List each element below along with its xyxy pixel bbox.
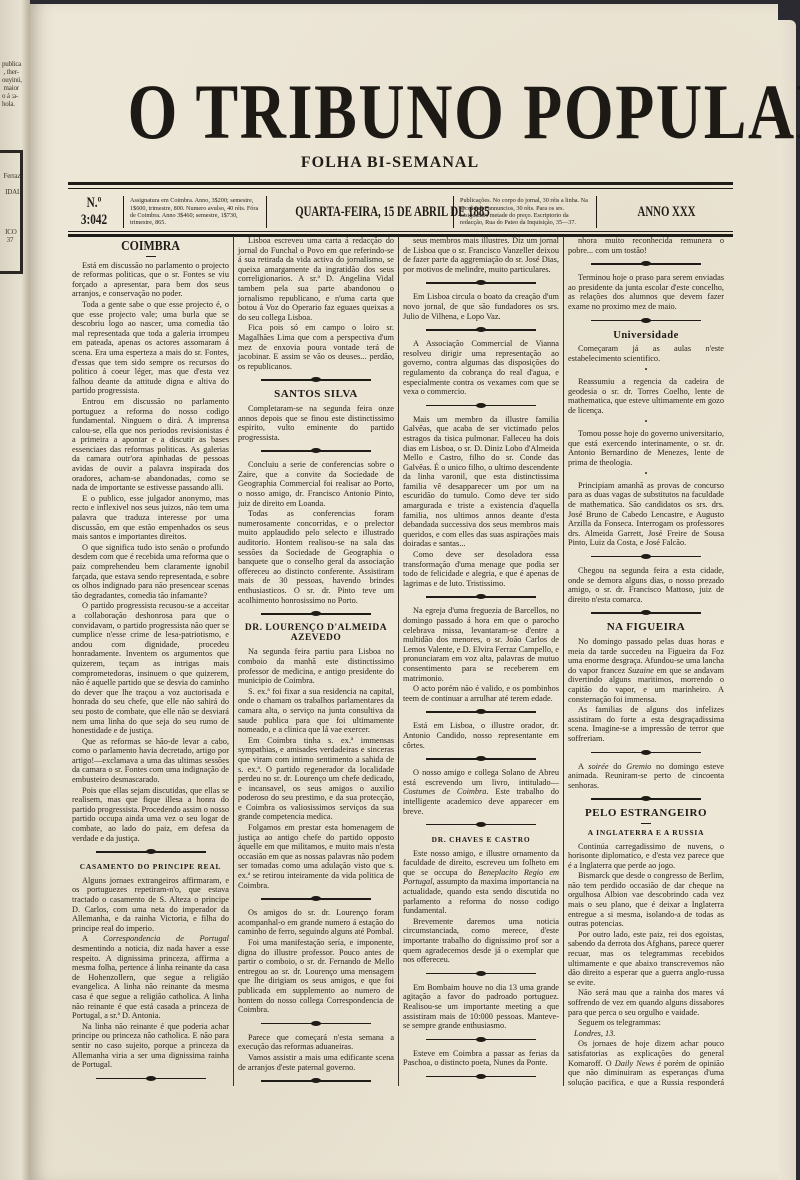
column-2: Lisboa escreveu uma carta á redacção do …: [233, 236, 398, 1086]
volume-year: ANNO XXX: [619, 204, 715, 221]
article-paragraph: Começaram já as aulas n'este estabelecim…: [568, 344, 724, 363]
article-paragraph: Mais um membro da illustre familia Galvê…: [403, 415, 559, 549]
newspaper-title: O TRIBUNO POPULAR: [128, 72, 653, 152]
ornamental-rule: [261, 376, 371, 384]
publication-name: Correspondencia de Portugal: [103, 934, 229, 943]
ornamental-rule: [591, 795, 701, 803]
article-paragraph: O nosso amigo e collega Solano de Abreu …: [403, 768, 559, 816]
adjacent-page-advert-box: [0, 150, 23, 274]
issue-number: N.º 3:042: [75, 195, 114, 229]
article-paragraph: A Associação Commercial de Vianna resolv…: [403, 339, 559, 397]
column-3: seus membros mais illustres. Diz um jorn…: [398, 236, 563, 1086]
article-paragraph: O que significa tudo isto senão o profun…: [72, 543, 229, 601]
masthead-rule-top-thin: [68, 188, 733, 189]
ornamental-rule: [96, 1075, 206, 1083]
article-paragraph: Na linha não reinante é que poderia acha…: [72, 1022, 229, 1070]
ornamental-rule: [261, 610, 371, 618]
article-paragraph: nhora muito reconhecida remunera o pobre…: [568, 236, 724, 255]
article-paragraph: Em Lisboa circula o boato da creação d'u…: [403, 292, 559, 321]
article-paragraph: Em Coimbra tinha s. ex.ª immensas sympat…: [238, 736, 394, 822]
ornamental-rule: [426, 326, 536, 334]
article-paragraph: Está em discussão no parlamento o projec…: [72, 261, 229, 299]
article-paragraph: Em Bombaim houve no dia 13 uma grande ag…: [403, 983, 559, 1031]
text: O nosso amigo e collega Solano de Abreu …: [403, 768, 559, 787]
article-heading-santos-silva: SANTOS SILVA: [238, 390, 394, 400]
divider: [123, 196, 124, 228]
article-paragraph: Este nosso amigo, e illustre ornamento d…: [403, 849, 559, 916]
ornamental-rule: [261, 447, 371, 455]
article-paragraph: Não será mau que a rainha dos mares vá s…: [568, 988, 724, 1017]
article-paragraph: Lisboa escreveu uma carta á redacção do …: [238, 236, 394, 322]
article-paragraph: Na egreja d'uma freguezia de Barcellos, …: [403, 606, 559, 683]
article-paragraph: Por outro lado, este paiz, rei dos egois…: [568, 930, 724, 988]
ship-name: Suzaine: [628, 666, 654, 675]
infobar-rule-bottom-thin: [68, 231, 733, 232]
issue-info-bar: N.º 3:042 Assignatura em Coimbra. Anno, …: [68, 194, 733, 230]
article-paragraph: Reassumiu a regencia da cadeira de geode…: [568, 377, 724, 415]
section-heading-pelo-estrangeiro: PELO ESTRANGEIRO: [568, 809, 724, 819]
ornamental-rule: [261, 895, 371, 903]
ornamental-rule: [426, 755, 536, 763]
text: desmentindo a noticia, diz nada haver a …: [72, 944, 229, 1020]
section-heading-universidade: Universidade: [568, 331, 724, 341]
article-paragraph: Continúa carregadissimo de nuvens, o hor…: [568, 842, 724, 871]
article-heading-na-figueira: NA FIGUEIRA: [568, 623, 724, 633]
article-paragraph: Folgamos em prestar esta homenagem de ju…: [238, 823, 394, 890]
article-paragraph: Brevemente daremos uma noticia circumsta…: [403, 917, 559, 965]
text: A: [82, 934, 103, 943]
article-paragraph: Pois que ellas sejam discutidas, que ell…: [72, 786, 229, 844]
ornamental-rule: [426, 402, 536, 410]
heading-dash: [641, 823, 651, 824]
adjacent-page-edge: publica , ther- ouyinú, maior o á :a- ho…: [0, 0, 30, 1180]
masthead: O TRIBUNO POPULAR FOLHA BI-SEMANAL: [70, 72, 710, 172]
article-paragraph: Os jornaes de hoje dizem achar pouco sat…: [568, 1039, 724, 1086]
ornamental-rule: [591, 609, 701, 617]
article-paragraph: Alguns jornaes extrangeiros affirmaram, …: [72, 876, 229, 934]
article-paragraph: Concluiu a serie de conferencias sobre o…: [238, 460, 394, 508]
telegram-dateline: Londres, 13.: [568, 1029, 724, 1039]
ornamental-rule: [591, 749, 701, 757]
article-paragraph: Como deve ser desoladora essa transforma…: [403, 550, 559, 588]
article-paragraph: A soirée do Gremio no domingo esteve ani…: [568, 762, 724, 791]
ornamental-rule: [426, 821, 536, 829]
article-paragraph: Chegou na segunda feira a esta cidade, o…: [568, 566, 724, 604]
ornamental-rule: [96, 848, 206, 856]
article-paragraph: S. ex.ª foi fixar a sua residencia na ca…: [238, 687, 394, 735]
article-paragraph: Todas as conferencias foram numerosament…: [238, 509, 394, 605]
ornamental-rule: [426, 1036, 536, 1044]
article-paragraph: No domingo passado pelas duas horas e me…: [568, 637, 724, 704]
article-paragraph: Toda a gente sabe o que esse projecto é,…: [72, 300, 229, 396]
text-emphasis: soirée: [588, 762, 608, 771]
article-paragraph: Bismarck que desde o congresso de Berlim…: [568, 871, 724, 929]
subscription-rates: Assignatura em Coimbra. Anno, 3$200; sem…: [127, 197, 263, 227]
text-emphasis: Gremio: [626, 762, 651, 771]
article-paragraph: Entrou em discussão no parlamento portug…: [72, 397, 229, 493]
bullet-separator: •: [568, 469, 724, 479]
text: A: [578, 762, 588, 771]
article-paragraph: Está em Lisboa, o illustre orador, dr. A…: [403, 721, 559, 750]
ornamental-rule: [591, 317, 701, 325]
article-columns: COIMBRA Está em discussão no parlamento …: [68, 236, 733, 1086]
article-heading-royal-wedding: CASAMENTO DO PRINCIPE REAL: [72, 862, 229, 872]
article-paragraph: Esteve em Coimbra a passar as ferias da …: [403, 1049, 559, 1068]
heading-dash: [146, 256, 156, 257]
text: do: [609, 762, 627, 771]
ornamental-rule: [261, 1020, 371, 1028]
divider: [596, 196, 597, 228]
article-heading-lourenco-azevedo: DR. LOURENÇO D'ALMEIDA AZEVEDO: [238, 624, 394, 643]
publication-name: Daily News: [615, 1059, 654, 1068]
ornamental-rule: [261, 1077, 371, 1085]
article-paragraph: A Correspondencia de Portugal desmentind…: [72, 934, 229, 1020]
article-paragraph: Principiam amanhã as provas de concurso …: [568, 481, 724, 548]
section-heading-coimbra: COIMBRA: [84, 242, 217, 252]
ornamental-rule: [426, 593, 536, 601]
article-paragraph: Fica pois só em campo o loiro sr. Magalh…: [238, 323, 394, 371]
article-paragraph: Completaram-se na segunda feira onze ann…: [238, 404, 394, 442]
article-paragraph: O acto porém não é valido, e os pombinho…: [403, 684, 559, 703]
article-paragraph: Os amigos do sr. dr. Lourenço foram acom…: [238, 908, 394, 937]
masthead-rule-top: [68, 182, 733, 185]
ornamental-rule: [591, 553, 701, 561]
article-paragraph: Na segunda feira partiu para Lisboa no c…: [238, 647, 394, 685]
divider: [266, 196, 267, 228]
article-paragraph: E o publico, esse julgador anonymo, mas …: [72, 494, 229, 542]
article-paragraph: Vamos assistir a mais uma edificante sce…: [238, 1053, 394, 1072]
column-1: COIMBRA Está em discussão no parlamento …: [68, 236, 233, 1086]
article-paragraph: Foi uma manifestação sería, e imponente,…: [238, 938, 394, 1015]
book-title: Costumes de Coimbra: [403, 787, 486, 796]
ornamental-rule: [591, 260, 701, 268]
article-paragraph: Tomou posse hoje do governo universitari…: [568, 429, 724, 467]
ornamental-rule: [426, 970, 536, 978]
article-heading-england-russia: A INGLATERRA E A RUSSIA: [568, 828, 724, 838]
article-paragraph: As familias de alguns dos infelizes assi…: [568, 705, 724, 743]
article-paragraph: Parece que começará n'esta semana a exec…: [238, 1033, 394, 1052]
article-paragraph: Seguem os telegrammas:: [568, 1018, 724, 1028]
article-paragraph: Que as reformas se hão-de levar a cabo, …: [72, 737, 229, 785]
ornamental-rule: [426, 1073, 536, 1081]
article-paragraph: Terminou hoje o praso para serem enviada…: [568, 273, 724, 311]
article-paragraph: seus membros mais illustres. Diz um jorn…: [403, 236, 559, 274]
issue-date: QUARTA-FEIRA, 15 DE ABRIL DE 1885: [295, 204, 425, 221]
article-paragraph: O partido progressista recusou-se a acce…: [72, 601, 229, 735]
bullet-separator: •: [568, 417, 724, 427]
bullet-separator: •: [568, 365, 724, 375]
back-page-edge: [776, 20, 796, 1180]
ornamental-rule: [426, 708, 536, 716]
article-heading-chaves-castro: DR. CHAVES E CASTRO: [403, 835, 559, 845]
column-4: nhora muito reconhecida remunera o pobre…: [563, 236, 728, 1086]
ornamental-rule: [426, 279, 536, 287]
newspaper-subtitle: FOLHA BI-SEMANAL: [70, 154, 710, 172]
